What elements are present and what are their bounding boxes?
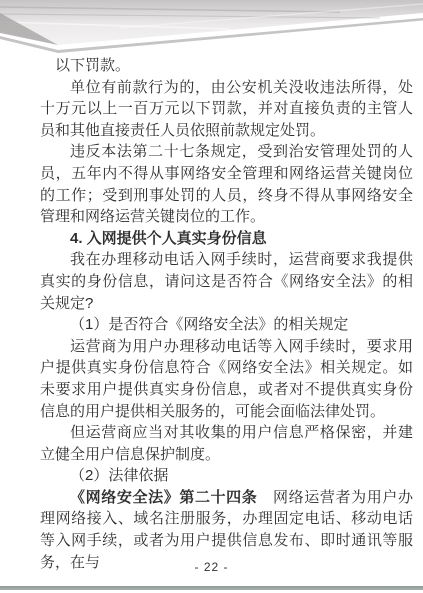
paragraph: 我在办理移动电话入网手续时，运营商要求我提供真实的身份信息，请问这是否符合《网络… — [40, 249, 413, 314]
header-banner-decoration — [0, 0, 423, 56]
section-heading: 4. 入网提供个人真实身份信息 — [40, 228, 413, 250]
sub-heading: （1）是否符合《网络安全法》的相关规定 — [40, 314, 413, 336]
paragraph: 运营商为用户办理移动电话等入网手续时，要求用户提供真实身份信息符合《网络安全法》… — [40, 336, 413, 422]
body-text: 以下罚款。 单位有前款行为的，由公安机关没收违法所得，处十万元以上一百万元以下罚… — [40, 55, 413, 573]
paragraph: 但运营商应当对其收集的用户信息严格保密，并建立健全用户信息保护制度。 — [40, 422, 413, 465]
page-number: - 22 - — [0, 560, 423, 574]
paragraph: 以下罚款。 — [40, 55, 413, 77]
law-article-ref: 《网络安全法》第二十四条 — [70, 489, 257, 506]
paragraph: 违反本法第二十七条规定，受到治安管理处罚的人员，五年内不得从事网络安全管理和网络… — [40, 141, 413, 227]
document-page: 以下罚款。 单位有前款行为的，由公安机关没收违法所得，处十万元以上一百万元以下罚… — [0, 0, 423, 593]
sub-heading: （2）法律依据 — [40, 465, 413, 487]
footer-bar-decoration — [0, 586, 423, 590]
paragraph: 单位有前款行为的，由公安机关没收违法所得，处十万元以上一百万元以下罚款，并对直接… — [40, 77, 413, 142]
